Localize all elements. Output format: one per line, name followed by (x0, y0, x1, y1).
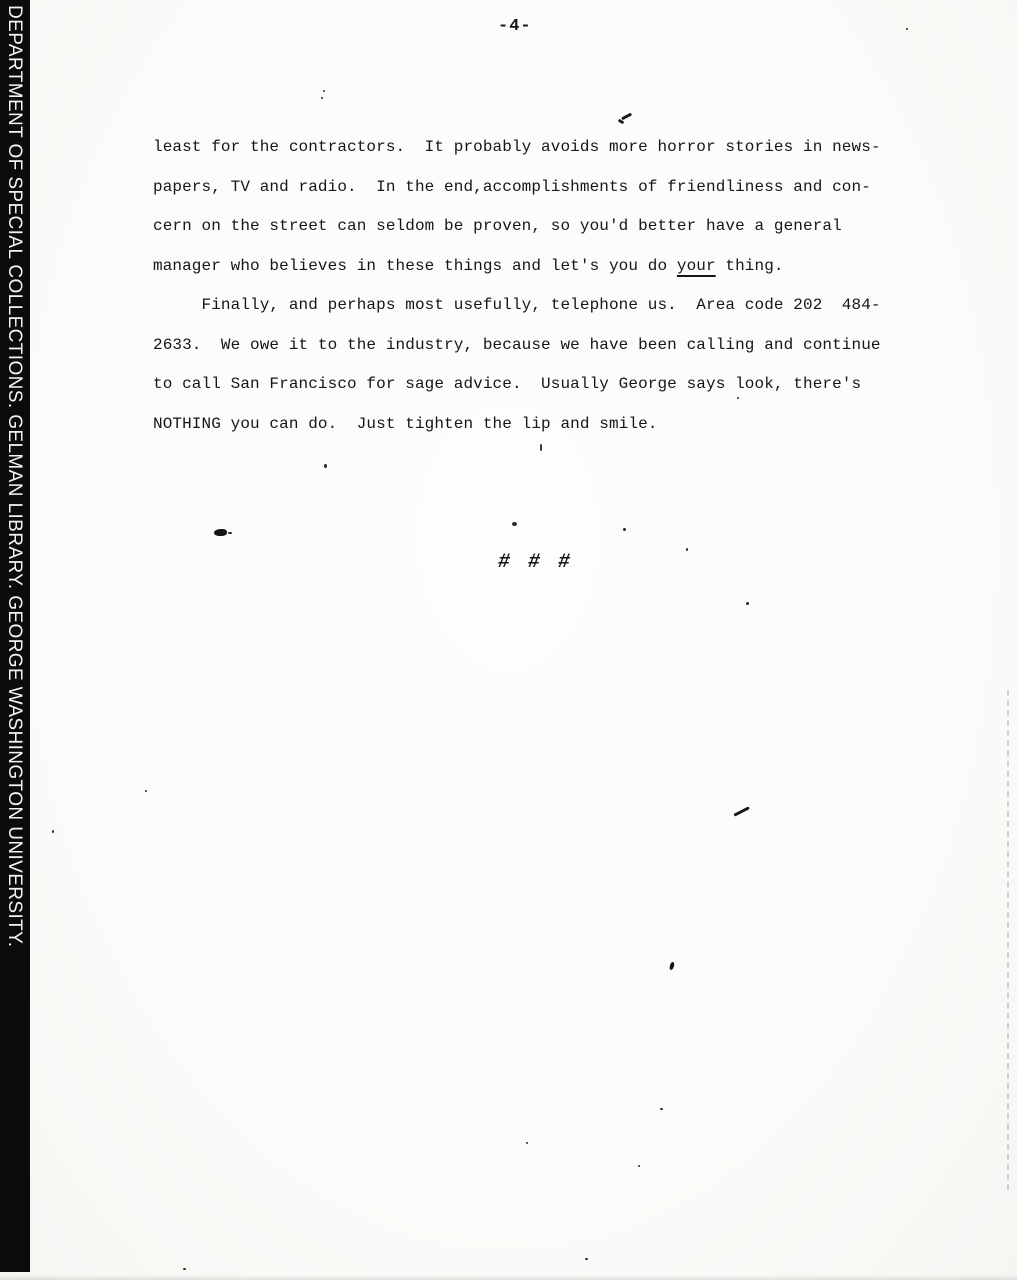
ink-blot-artifact (214, 529, 227, 536)
scan-speck (145, 790, 147, 792)
underlined-word: your (677, 257, 716, 275)
scan-speck (512, 522, 517, 526)
body-line: cern on the street can seldom be proven,… (153, 207, 881, 247)
scan-speck (660, 1108, 663, 1110)
scan-speck (737, 397, 739, 399)
document-body: least for the contractors. It probably a… (153, 128, 881, 444)
scan-speck (906, 28, 908, 30)
ink-speck (540, 444, 542, 451)
pen-tick-mark (617, 114, 633, 124)
ink-speck (669, 962, 675, 971)
body-line-with-underline: manager who believes in these things and… (153, 247, 881, 287)
scan-edge-artifact (1007, 690, 1009, 1190)
scan-speck (746, 602, 749, 605)
scan-speck (585, 1258, 588, 1260)
scan-speck (686, 548, 688, 551)
scan-speck (324, 464, 327, 468)
scan-speck (638, 1165, 640, 1167)
scan-speck (183, 1268, 186, 1270)
archive-stamp-text: DEPARTMENT OF SPECIAL COLLECTIONS. GELMA… (3, 5, 25, 947)
pen-slash-mark (733, 806, 749, 816)
scan-speck (623, 528, 626, 531)
page-number: -4- (498, 17, 532, 36)
body-line: NOTHING you can do. Just tighten the lip… (153, 405, 881, 445)
body-line: papers, TV and radio. In the end,accompl… (153, 168, 881, 208)
body-line-segment: thing. (716, 257, 784, 275)
scan-speck (526, 1142, 528, 1144)
body-line: to call San Francisco for sage advice. U… (153, 365, 881, 405)
end-of-text-marks: # # # (498, 551, 573, 574)
archive-stamp-bar: DEPARTMENT OF SPECIAL COLLECTIONS. GELMA… (0, 0, 30, 1272)
body-line: Finally, and perhaps most usefully, tele… (153, 286, 881, 326)
scan-edge-shadow (0, 1275, 1017, 1280)
scan-speck (321, 97, 323, 99)
body-line-segment: manager who believes in these things and… (153, 257, 677, 275)
body-line: least for the contractors. It probably a… (153, 128, 881, 168)
scanned-document-page: DEPARTMENT OF SPECIAL COLLECTIONS. GELMA… (0, 0, 1017, 1280)
scan-speck (52, 830, 54, 833)
scan-speck (323, 90, 325, 92)
body-line: 2633. We owe it to the industry, because… (153, 326, 881, 366)
